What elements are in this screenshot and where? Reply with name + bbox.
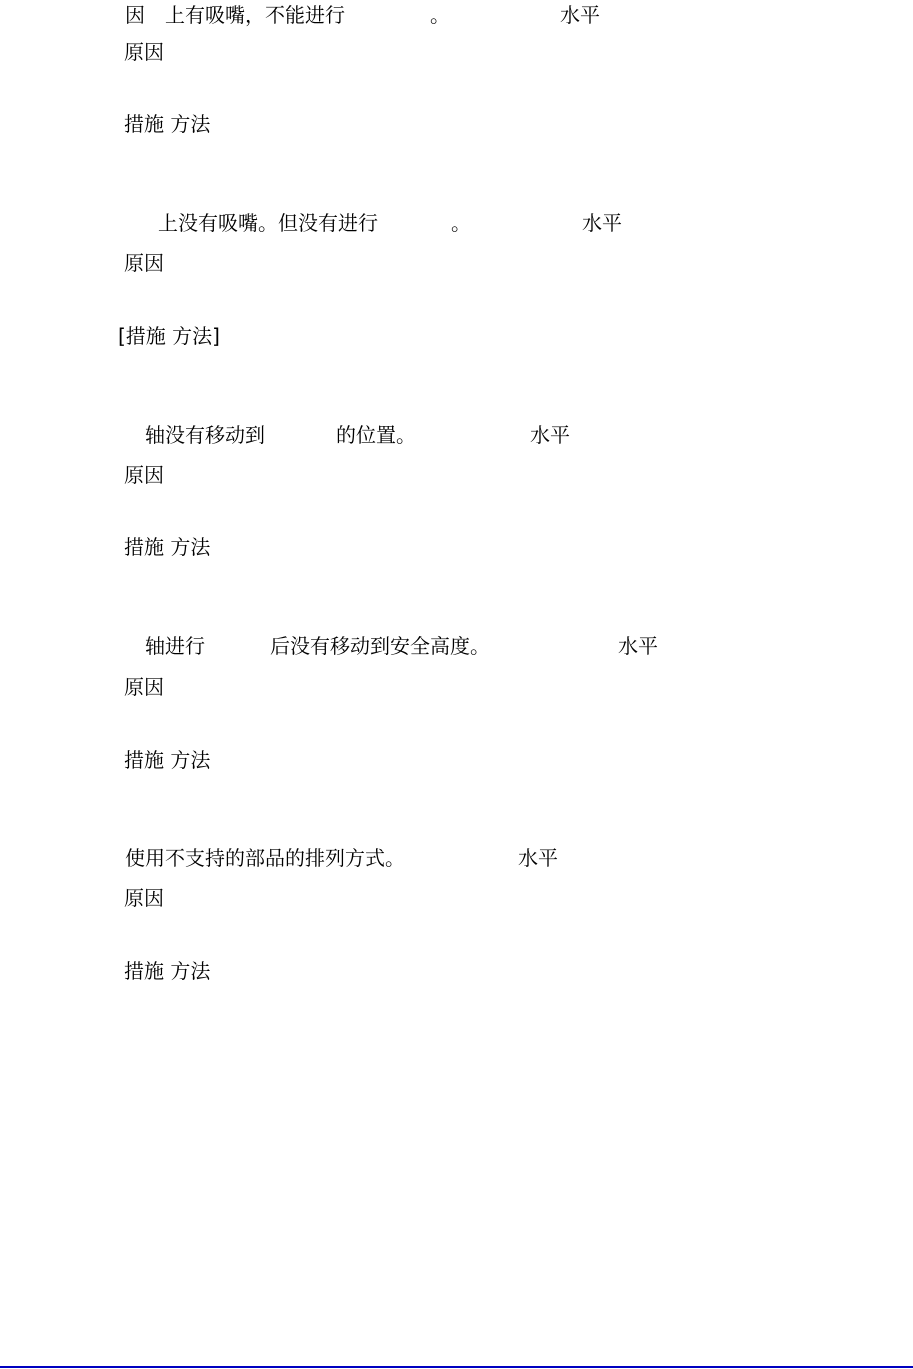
entry-1-heading-part-2: 上有吸嘴，不能进行 [165,3,345,27]
entry-1-level-label: 水平 [560,3,600,27]
entry-4-cause-label: 原因 [124,675,164,699]
entry-3-heading-part-1: 轴没有移动到 [145,423,265,447]
entry-3-heading-part-2: 的位置。 [336,423,416,447]
entry-4-heading-part-1: 轴进行 [145,634,205,658]
entry-3-measure-label: 措施 方法 [124,535,210,559]
entry-2-heading-part-1: 上没有吸嘴。但没有进行 [158,211,378,235]
entry-2-measure-label: [措施 方法] [118,324,220,348]
entry-4-level-label: 水平 [618,634,658,658]
entry-2-cause-label: 原因 [124,251,164,275]
entry-1-measure-label: 措施 方法 [124,112,210,136]
entry-2-heading-part-2: 。 [451,211,471,235]
entry-5-cause-label: 原因 [124,886,164,910]
entry-1-heading-part-3: 。 [430,3,450,27]
entry-3-cause-label: 原因 [124,463,164,487]
page-bottom-rule [0,1366,913,1368]
entry-5-measure-label: 措施 方法 [124,959,210,983]
entry-4-heading-part-2: 后没有移动到安全高度。 [270,634,490,658]
entry-1-heading-part-1: 因 [125,3,145,27]
entry-2-level-label: 水平 [582,211,622,235]
entry-5-level-label: 水平 [518,846,558,870]
entry-5-heading-part-1: 使用不支持的部品的排列方式。 [125,846,405,870]
entry-4-measure-label: 措施 方法 [124,748,210,772]
entry-1-cause-label: 原因 [124,40,164,64]
entry-3-level-label: 水平 [530,423,570,447]
